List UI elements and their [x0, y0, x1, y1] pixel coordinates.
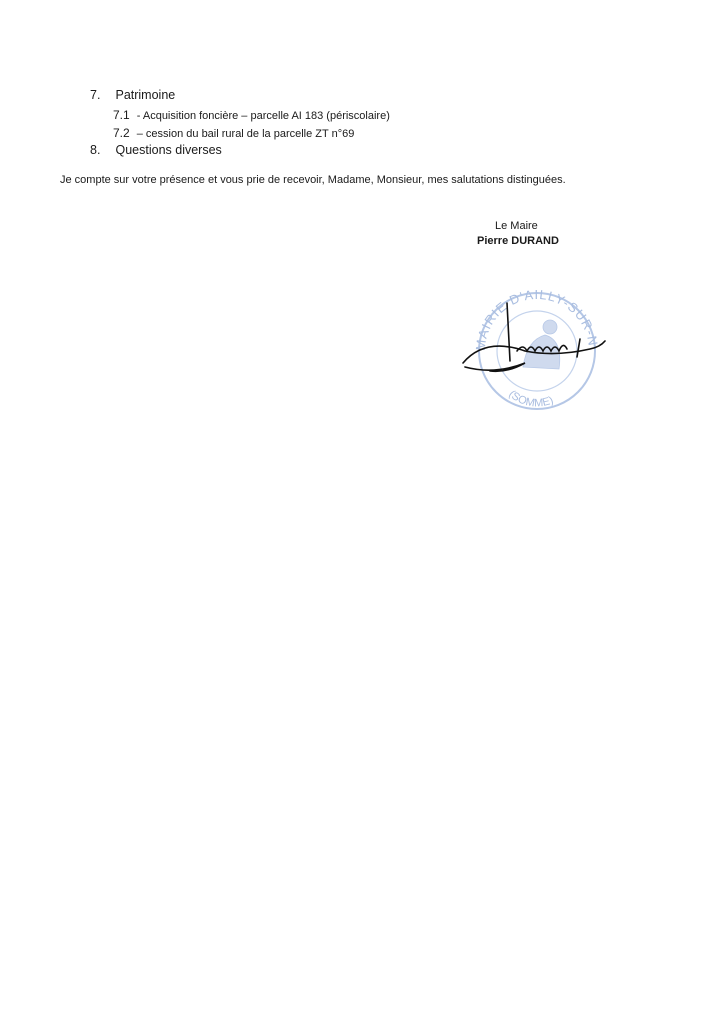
- agenda-label: Patrimoine: [115, 88, 175, 102]
- agenda-number: 8.: [90, 143, 112, 157]
- official-stamp-icon: MAIRIE D'AILLY-SUR-NOYE (SOMME): [455, 285, 615, 410]
- agenda-number: 7.: [90, 88, 112, 102]
- svg-text:(SOMME): (SOMME): [506, 388, 555, 409]
- agenda-subitem-7-1: 7.1 - Acquisition foncière – parcelle AI…: [113, 108, 390, 122]
- agenda-subitem-7-2: 7.2 – cession du bail rural de la parcel…: [113, 126, 354, 140]
- signatory-name: Pierre DURAND: [477, 235, 559, 247]
- subitem-label: - Acquisition foncière – parcelle AI 183…: [137, 110, 390, 122]
- signatory-title: Le Maire: [495, 220, 538, 232]
- agenda-item-7: 7. Patrimoine: [90, 88, 175, 102]
- agenda-item-8: 8. Questions diverses: [90, 143, 222, 157]
- stamp-text-bottom: (SOMME): [506, 388, 555, 409]
- closing-sentence: Je compte sur votre présence et vous pri…: [60, 174, 566, 186]
- subitem-label: – cession du bail rural de la parcelle Z…: [137, 128, 355, 140]
- subitem-number: 7.2: [113, 126, 130, 140]
- subitem-number: 7.1: [113, 108, 130, 122]
- agenda-label: Questions diverses: [115, 143, 221, 157]
